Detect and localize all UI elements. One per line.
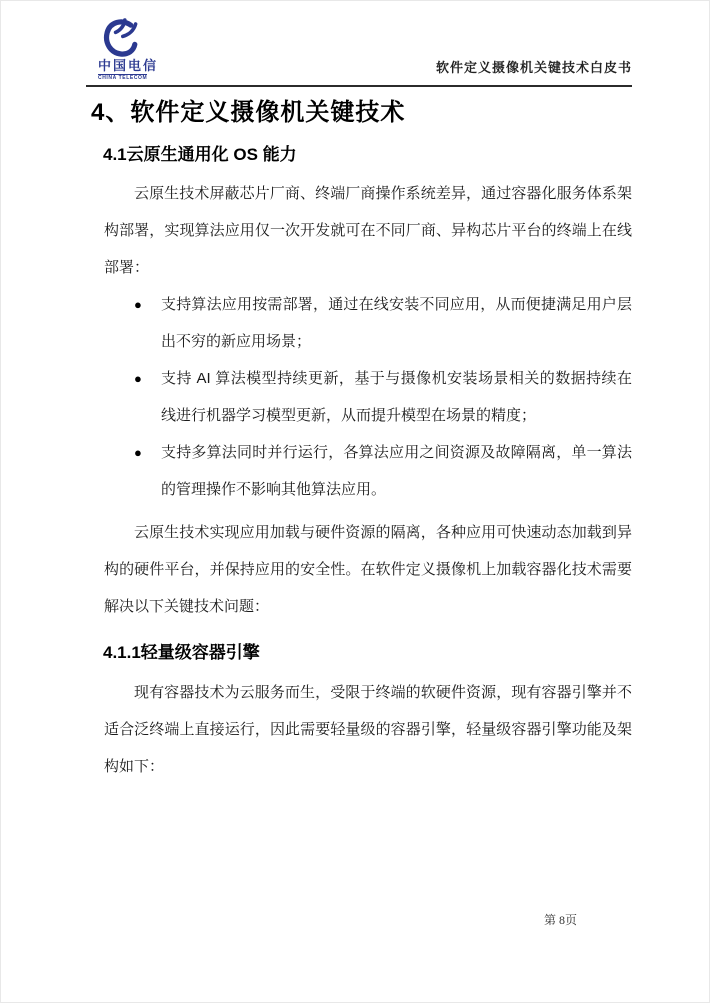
chapter-title: 4、软件定义摄像机关键技术 [91, 95, 632, 131]
paragraph-3: 现有容器技术为云服务而生，受限于终端的软硬件资源，现有容器引擎并不适合泛终端上直… [104, 674, 632, 785]
document-body: 4、软件定义摄像机关键技术 4.1云原生通用化 OS 能力 云原生技术屏蔽芯片厂… [1, 95, 709, 785]
china-telecom-logo: 中国电信 CHINA TELECOM [98, 17, 158, 82]
section-title-4-1-1: 4.1.1轻量级容器引擎 [103, 638, 632, 668]
page-number: 第 8页 [544, 911, 577, 928]
bullet-item: ● 支持算法应用按需部署，通过在线安装不同应用，从而便捷满足用户层出不穷的新应用… [134, 286, 632, 360]
bullet-item: ● 支持 AI 算法模型持续更新，基于与摄像机安装场景相关的数据持续在线进行机器… [134, 360, 632, 434]
bullet-icon: ● [134, 434, 142, 471]
paragraph-2: 云原生技术实现应用加载与硬件资源的隔离，各种应用可快速动态加载到异构的硬件平台，… [104, 514, 632, 625]
bullet-list: ● 支持算法应用按需部署，通过在线安装不同应用，从而便捷满足用户层出不穷的新应用… [134, 286, 632, 508]
paragraph-1: 云原生技术屏蔽芯片厂商、终端厂商操作系统差异，通过容器化服务体系架构部署，实现算… [104, 175, 632, 286]
section-title-4-1: 4.1云原生通用化 OS 能力 [103, 141, 632, 169]
bullet-icon: ● [134, 360, 142, 397]
page-header: 中国电信 CHINA TELECOM 软件定义摄像机关键技术白皮书 [86, 1, 632, 87]
bullet-item-text: 支持算法应用按需部署，通过在线安装不同应用，从而便捷满足用户层出不穷的新应用场景… [161, 296, 632, 350]
logo-text-cn: 中国电信 [98, 59, 158, 73]
header-doc-title: 软件定义摄像机关键技术白皮书 [436, 57, 632, 82]
bullet-item-text: 支持 AI 算法模型持续更新，基于与摄像机安装场景相关的数据持续在线进行机器学习… [161, 370, 632, 424]
logo-text-en: CHINA TELECOM [98, 74, 147, 82]
bullet-item: ● 支持多算法同时并行运行，各算法应用之间资源及故障隔离，单一算法的管理操作不影… [134, 434, 632, 508]
bullet-icon: ● [134, 286, 142, 323]
document-page: 中国电信 CHINA TELECOM 软件定义摄像机关键技术白皮书 4、软件定义… [0, 0, 710, 1003]
bullet-item-text: 支持多算法同时并行运行，各算法应用之间资源及故障隔离，单一算法的管理操作不影响其… [161, 444, 632, 498]
china-telecom-logo-icon [102, 17, 142, 59]
